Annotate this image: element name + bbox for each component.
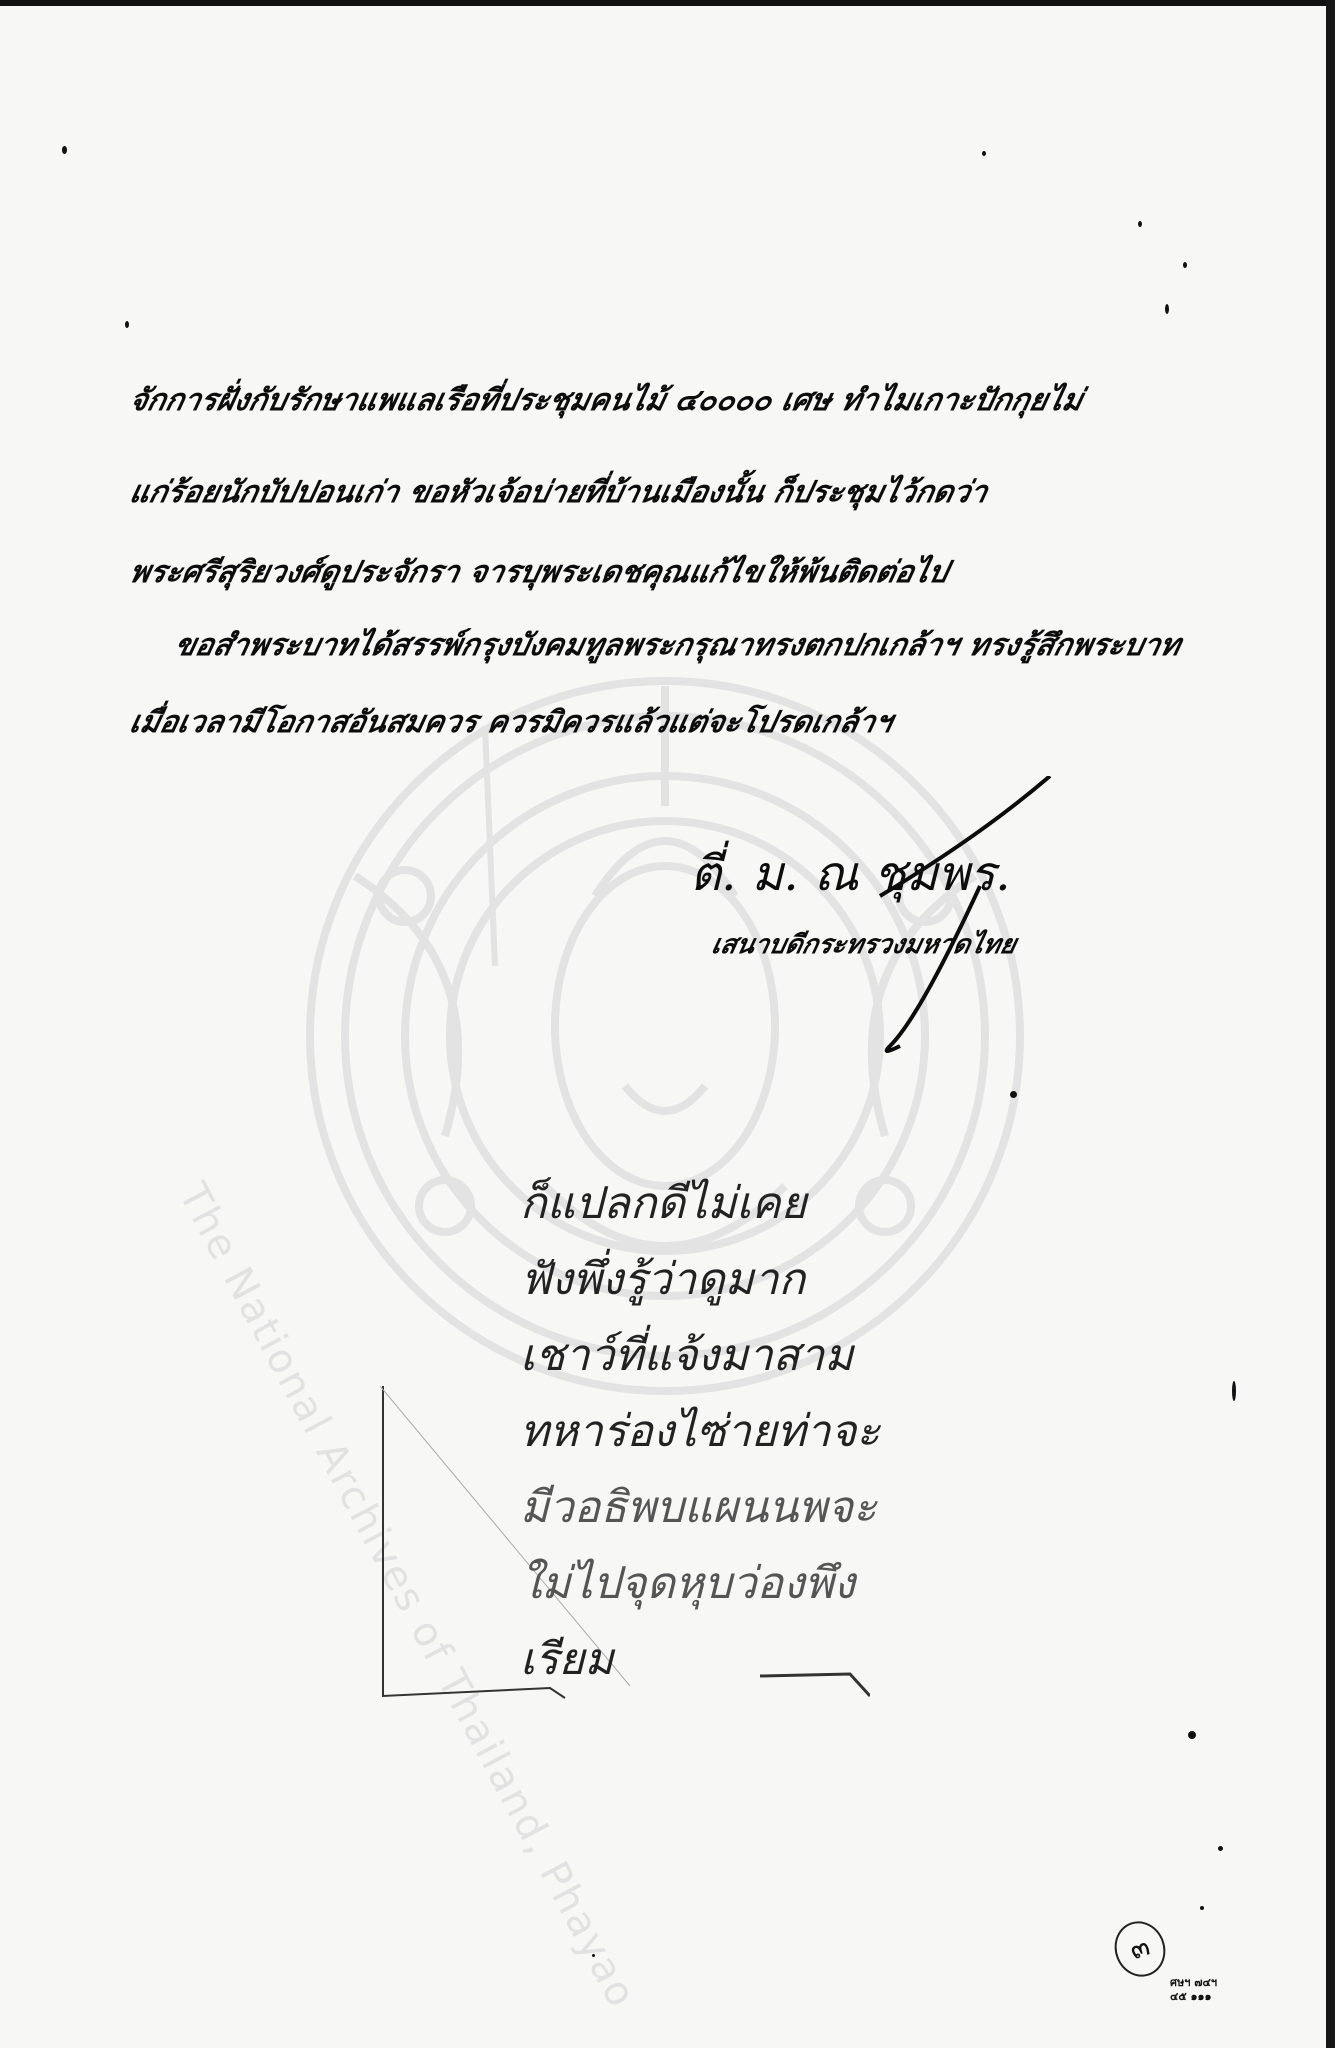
scan-speck — [1183, 262, 1187, 268]
signature-title: เสนาบดีกระทรวงมหาดไทย — [708, 924, 1021, 965]
scan-border-right — [1326, 0, 1335, 2048]
scan-speck — [1138, 221, 1142, 227]
annotation-line-2: ฟังพึ่งรู้ว่าดูมาก — [520, 1242, 880, 1318]
annotation-line-6: ใม่ไปจุดหุบว่องพึง — [520, 1546, 880, 1622]
body-line-1: จักการฝั่งกับรักษาแพแลเรือที่ประชุมคนไม้… — [127, 386, 1085, 416]
scan-speck — [1218, 1846, 1223, 1851]
stamp-line-2: ๔๕ ๑๑๑ — [1170, 1990, 1217, 2004]
scan-speck — [62, 146, 67, 154]
page-number: ๓ — [1107, 1914, 1173, 1984]
stamp-line-1: ศษฯ ๗๔ฯ — [1170, 1976, 1217, 1990]
body-line-4: ขอสำพระบาทได้สรรพ์กรุงบังคมทูลพระกรุณาทร… — [172, 631, 1183, 661]
annotation-line-4: ทหาร่องไซ่ายท่าจะ — [520, 1394, 880, 1470]
body-line-2: แก่ร้อยนักบัปปอนเก่า ขอหัวเจ้อบ่ายที่บ้า… — [127, 478, 990, 508]
scan-speck — [1200, 1906, 1204, 1910]
handwritten-annotation: ก็แปลกดีไม่เคย ฟังพึ่งรู้ว่าดูมาก เชาว์ท… — [520, 1166, 880, 1698]
scan-speck — [1010, 1091, 1017, 1098]
scan-speck — [982, 151, 986, 156]
document-page: The National Archives of Thailand, Phaya… — [0, 6, 1326, 2048]
annotation-line-7: เรียม — [520, 1622, 880, 1698]
scan-speck — [125, 321, 129, 328]
scan-speck — [1188, 1731, 1196, 1739]
corner-stamp: ศษฯ ๗๔ฯ ๔๕ ๑๑๑ — [1170, 1976, 1217, 2004]
body-line-5: เมื่อเวลามีโอกาสอันสมควร ควรมิควรแล้วแต่… — [127, 708, 895, 738]
annotation-line-5: มีวอธิพบแผนนพจะ — [520, 1470, 880, 1546]
signature-flourish — [860, 776, 1060, 1056]
annotation-line-3: เชาว์ที่แจ้งมาสาม — [520, 1318, 880, 1394]
scan-speck — [592, 1954, 595, 1957]
annotation-line-1: ก็แปลกดีไม่เคย — [520, 1166, 880, 1242]
scan-speck — [1232, 1381, 1236, 1401]
body-line-3: พระศรีสุริยวงศ์ดูประจักรา จารบุพระเดชคุณ… — [127, 558, 951, 588]
scan-speck — [1165, 304, 1169, 314]
